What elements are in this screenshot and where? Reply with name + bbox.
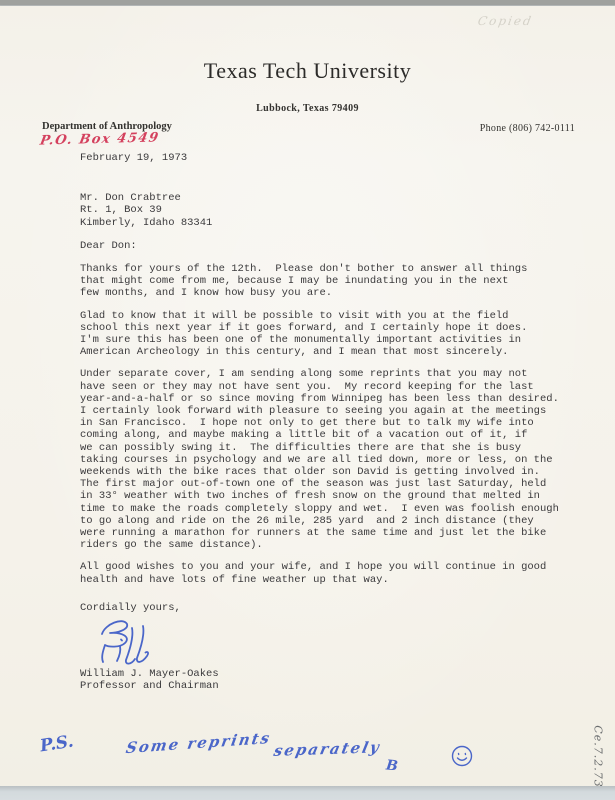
phone-number: Phone (806) 742-0111: [480, 123, 575, 134]
letter-date: February 19, 1973: [80, 152, 580, 164]
city-line: Lubbock, Texas 79409: [0, 103, 615, 114]
body-paragraph-4: All good wishes to you and your wife, an…: [80, 561, 580, 585]
salutation: Dear Don:: [80, 240, 580, 252]
body-paragraph-3: Under separate cover, I am sending along…: [80, 368, 580, 551]
body-paragraph-2: Glad to know that it will be possible to…: [80, 310, 580, 359]
ps-text-part2: separately: [272, 738, 383, 760]
signature-bill-handwriting: [90, 616, 168, 668]
recipient-address: Mr. Don Crabtree Rt. 1, Box 39 Kimberly,…: [80, 192, 580, 229]
postscript-handwriting: P.S. Some reprints separately B: [34, 728, 534, 788]
sender-title: Professor and Chairman: [80, 680, 580, 692]
po-box-handwriting: P.O. Box 4549: [39, 130, 161, 148]
smiley-face-icon: [449, 743, 475, 769]
body-paragraph-1: Thanks for yours of the 12th. Please don…: [80, 263, 580, 300]
university-name: Texas Tech University: [0, 58, 615, 84]
letter-page: Copied Texas Tech University Lubbock, Te…: [0, 6, 615, 786]
sender-name: William J. Mayer-Oakes: [80, 668, 580, 680]
recipient-name: Mr. Don Crabtree: [80, 192, 580, 204]
recipient-street: Rt. 1, Box 39: [80, 204, 580, 216]
ps-text-part1: Some reprints: [125, 729, 273, 757]
recipient-city: Kimberly, Idaho 83341: [80, 217, 580, 229]
closing: Cordially yours,: [80, 602, 580, 614]
ps-initial: B: [385, 757, 398, 774]
faint-pencil-note: Copied: [477, 14, 599, 28]
scan-bottom-edge: [0, 786, 615, 800]
sender-block: William J. Mayer-Oakes Professor and Cha…: [80, 668, 580, 692]
letter-body: February 19, 1973 Mr. Don Crabtree Rt. 1…: [80, 152, 580, 693]
ps-label: P.S.: [39, 732, 75, 757]
